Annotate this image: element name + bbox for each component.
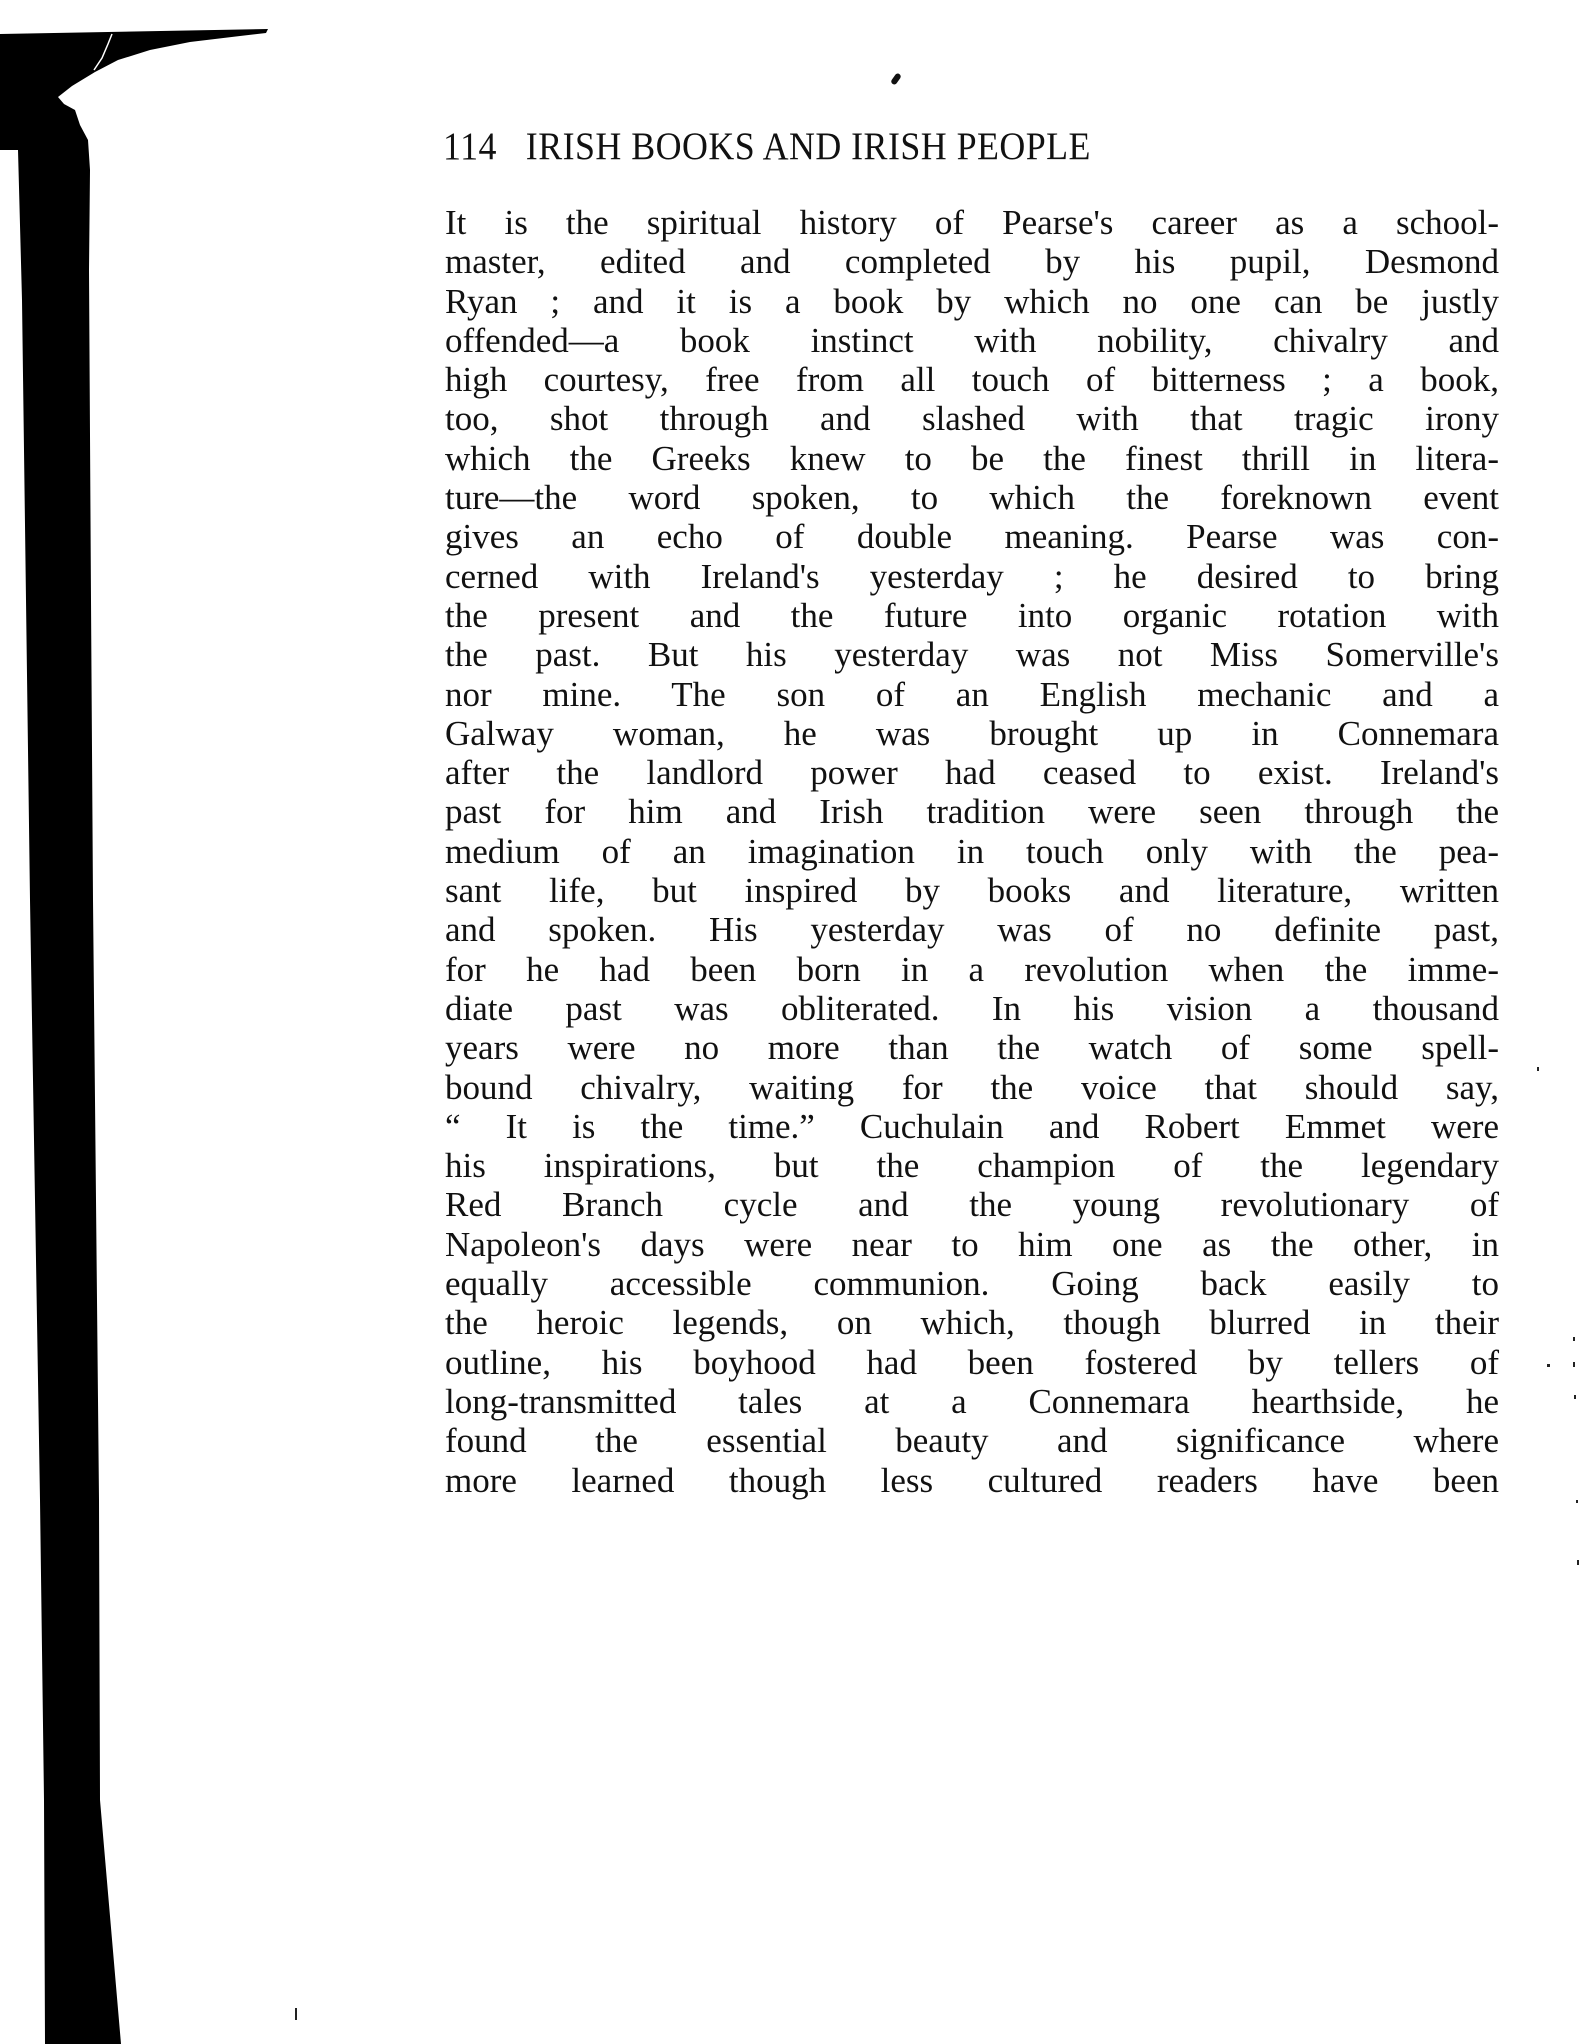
scan-speck [1573, 1362, 1575, 1367]
text-line: gives an echo of double meaning. Pearse … [445, 517, 1499, 556]
text-line: and spoken. His yesterday was of no defi… [445, 910, 1499, 949]
text-line: nor mine. The son of an English mechanic… [445, 675, 1499, 714]
scan-speck [1574, 1395, 1576, 1399]
text-line: Ryan ; and it is a book by which no one … [445, 282, 1499, 321]
text-line: medium of an imagination in touch only w… [445, 832, 1499, 871]
page-number: 114 [443, 124, 526, 169]
text-line: too, shot through and slashed with that … [445, 399, 1499, 438]
text-line: diate past was obliterated. In his visio… [445, 989, 1499, 1028]
text-line: more learned though less cultured reader… [445, 1461, 1499, 1500]
text-line: past for him and Irish tradition were se… [445, 792, 1499, 831]
text-line: which the Greeks knew to be the finest t… [445, 439, 1499, 478]
body-text: It is the spiritual history of Pearse's … [445, 203, 1499, 1500]
page-header: 114 IRISH BOOKS AND IRISH PEOPLE [443, 124, 1400, 180]
text-line: after the landlord power had ceased to e… [445, 753, 1499, 792]
scan-speck [1537, 1067, 1539, 1071]
scan-speck [1547, 1364, 1550, 1367]
text-line: offended—a book instinct with nobility, … [445, 321, 1499, 360]
text-line: equally accessible communion. Going back… [445, 1264, 1499, 1303]
text-line: Napoleon's days were near to him one as … [445, 1225, 1499, 1264]
text-line: Galway woman, he was brought up in Conne… [445, 714, 1499, 753]
text-line: his inspirations, but the champion of th… [445, 1146, 1499, 1185]
scan-speck [1577, 1560, 1579, 1565]
text-line: long-transmitted tales at a Connemara he… [445, 1382, 1499, 1421]
text-line: master, edited and completed by his pupi… [445, 242, 1499, 281]
scan-binding-edge [0, 0, 300, 2044]
text-line: high courtesy, free from all touch of bi… [445, 360, 1499, 399]
text-line: Red Branch cycle and the young revolutio… [445, 1185, 1499, 1224]
text-line: cerned with Ireland's yesterday ; he des… [445, 557, 1499, 596]
text-line: sant life, but inspired by books and lit… [445, 871, 1499, 910]
scan-speck [1573, 1337, 1575, 1341]
scan-ink-mark [890, 72, 902, 85]
text-line: outline, his boyhood had been fostered b… [445, 1343, 1499, 1382]
scan-speck [1576, 1500, 1578, 1503]
text-line: It is the spiritual history of Pearse's … [445, 203, 1499, 242]
text-line: years were no more than the watch of som… [445, 1028, 1499, 1067]
text-line: “ It is the time.” Cuchulain and Robert … [445, 1107, 1499, 1146]
text-line: the past. But his yesterday was not Miss… [445, 635, 1499, 674]
text-line: bound chivalry, waiting for the voice th… [445, 1068, 1499, 1107]
text-line: the heroic legends, on which, though blu… [445, 1303, 1499, 1342]
text-line: for he had been born in a revolution whe… [445, 950, 1499, 989]
scan-speck [295, 2008, 297, 2020]
text-line: ture—the word spoken, to which the forek… [445, 478, 1499, 517]
running-title: IRISH BOOKS AND IRISH PEOPLE [526, 124, 1091, 169]
text-line: the present and the future into organic … [445, 596, 1499, 635]
text-line: found the essential beauty and significa… [445, 1421, 1499, 1460]
